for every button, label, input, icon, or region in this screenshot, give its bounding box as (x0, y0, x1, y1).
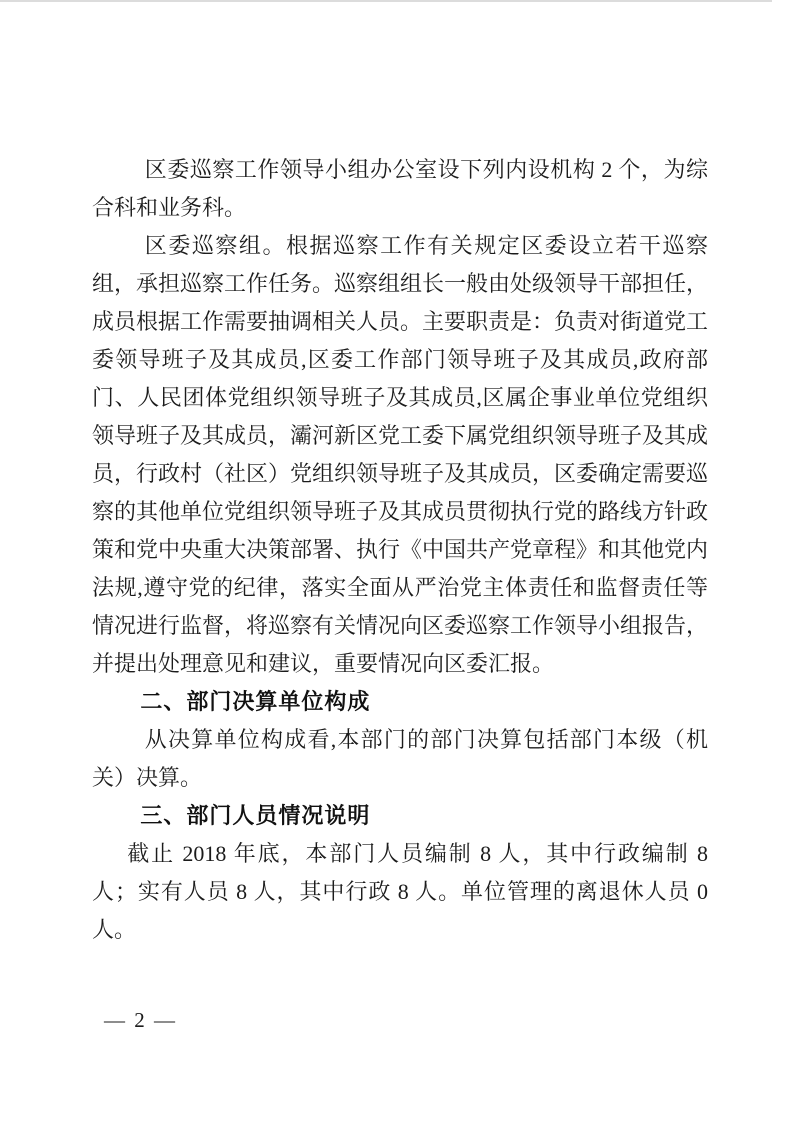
paragraph-budget-units: 从决算单位构成看,本部门的部门决算包括部门本级（机关）决算。 (92, 721, 708, 797)
paragraph-inspection-teams: 区委巡察组。根据巡察工作有关规定区委设立若干巡察组，承担巡察工作任务。巡察组组长… (92, 227, 708, 683)
document-page: 区委巡察工作领导小组办公室设下列内设机构 2 个，为综合科和业务科。 区委巡察组… (0, 0, 793, 1122)
section-heading-budget-units: 二、部门决算单位构成 (92, 683, 708, 721)
paragraph-personnel: 截止 2018 年底，本部门人员编制 8 人，其中行政编制 8 人；实有人员 8… (92, 835, 708, 949)
document-body: 区委巡察工作领导小组办公室设下列内设机构 2 个，为综合科和业务科。 区委巡察组… (92, 151, 708, 949)
section-heading-personnel: 三、部门人员情况说明 (92, 797, 708, 835)
scan-edge-artifact (0, 0, 772, 2)
page-number: — 2 — (104, 1007, 177, 1033)
paragraph-internal-org: 区委巡察工作领导小组办公室设下列内设机构 2 个，为综合科和业务科。 (92, 151, 708, 227)
